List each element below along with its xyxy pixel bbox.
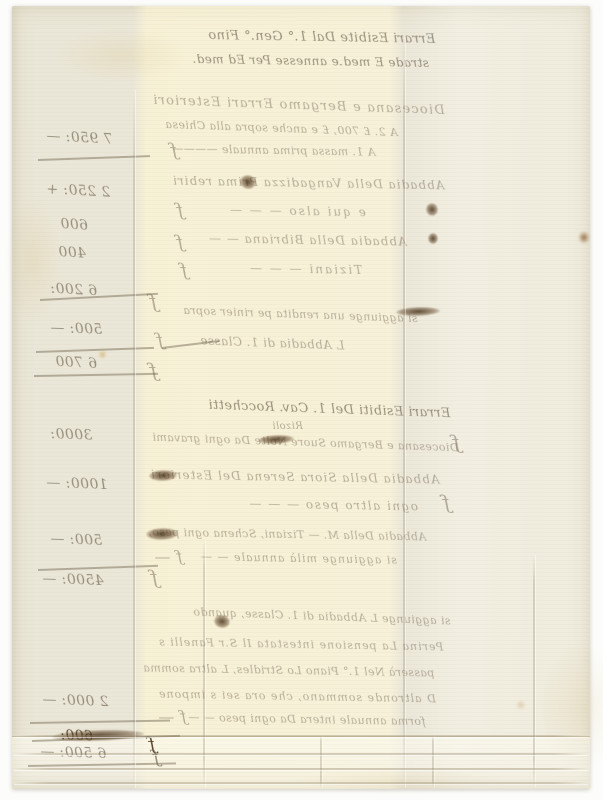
ink-blot (428, 233, 438, 244)
horizontal-fold-crease (14, 753, 588, 755)
flourish-mark: ƒ (152, 747, 159, 768)
amount-value: 600 (59, 216, 88, 234)
amount-value: 4500: — (42, 571, 104, 589)
amount-value: 7 950: — (46, 128, 113, 147)
amount-value: 6 700 (55, 354, 98, 372)
handwriting-line: Abbadia Della Bibriana — — (208, 231, 407, 248)
horizontal-fold-crease (14, 782, 588, 784)
flourish-mark: ƒ (149, 358, 157, 382)
paper-stain (295, 768, 505, 794)
ink-blot (425, 202, 439, 217)
flourish-mark: ƒ (452, 430, 460, 454)
amount-value: 3000: (50, 426, 93, 443)
handwriting-line: si aggiunge milà annuale — — (200, 550, 397, 566)
handwriting-line: Tiziani — — — (248, 261, 362, 277)
handwriting-line: forma annuale intera Da ogni peso — — (188, 711, 426, 728)
paper-stain (578, 231, 590, 244)
handwriting-line: Diocesana e Bergamo Suore Nolte Da ogni … (152, 431, 459, 455)
mirrored-ink-layer: Errari Esibite Dal 1.° Gen.° Finostrade … (0, 0, 603, 800)
handwriting-line: Diocesana e Bergamo Errari Esteriori (152, 93, 445, 118)
handwriting-line: A 2. £ 700, £ e anche sopra alla Chiesa (165, 118, 398, 139)
vertical-fold-crease (403, 35, 405, 788)
ledger-rule (36, 347, 154, 353)
amount-value: 1000: — (46, 475, 108, 493)
handwriting-line: Rizoli (272, 421, 303, 432)
horizontal-fold-crease (14, 735, 588, 737)
handwriting-line: Perina La pensione intestata Il S.r Fane… (158, 636, 444, 654)
paper-stain (538, 645, 603, 770)
handwriting-line: ogni altro peso — — — (248, 497, 418, 514)
scanned-document: Errari Esibite Dal 1.° Gen.° Finostrade … (0, 0, 603, 800)
handwriting-line: passerà Nel 1.° Piano Lo Stridles, L alt… (143, 661, 435, 679)
amount-value: 2 250: + (46, 181, 111, 200)
ledger-rule (38, 565, 158, 571)
horizontal-fold-crease (14, 768, 588, 770)
paper-stain (98, 350, 107, 359)
handwriting-line: strade E med.e annesse Per Ed med. (192, 52, 429, 70)
flourish-mark: ƒ (170, 140, 177, 161)
ledger-rule (34, 373, 158, 377)
amount-value: 2 000: — (42, 692, 109, 710)
amount-value: 400 (58, 244, 87, 261)
flourish-mark: ƒ — (158, 707, 186, 726)
vertical-fold-crease (320, 735, 322, 787)
paper-stain (55, 28, 185, 83)
vertical-fold-crease (203, 540, 205, 788)
handwriting-line: Abbadia Della Siora Serena Del Esteriori (150, 467, 440, 486)
paper-stain (6, 195, 61, 325)
amount-value: 500: — (50, 320, 103, 338)
handwriting-line: si aggiunge L Abbadia di 1. Classe, quan… (193, 606, 451, 628)
flourish-mark: ƒ (442, 490, 450, 514)
handwriting-line: Abbadia Della M. — Tiziani, Schena ogni … (148, 526, 426, 544)
flourish-mark: ƒ (180, 260, 187, 281)
handwriting-line: D altronde sommano, che ora sei s impone (158, 688, 436, 706)
handwriting-line: Errari Esibiti Del 1. Cav. Rocchetti (208, 398, 451, 421)
handwriting-line: A 1. massa prima annuale ———— (172, 142, 376, 159)
flourish-mark: ƒ (150, 565, 158, 589)
handwriting-line: L Abbadia di 1. Classe (200, 333, 345, 352)
ledger-rule (30, 720, 170, 724)
handwriting-line: si aggiunge una rendita pe rinier sopra (183, 304, 418, 325)
flourish-mark: ƒ (176, 232, 183, 253)
vertical-fold-crease (133, 90, 135, 788)
paper-stain (516, 700, 526, 710)
flourish-mark: ƒ (176, 200, 183, 221)
flourish-mark: ƒ — (154, 547, 182, 566)
amount-value: 500: — (50, 531, 103, 549)
vertical-fold-crease (432, 735, 434, 787)
handwriting-line: Errari Esibite Dal 1.° Gen.° Fino (208, 28, 436, 47)
handwriting-line: e qui also — — — (228, 203, 366, 219)
